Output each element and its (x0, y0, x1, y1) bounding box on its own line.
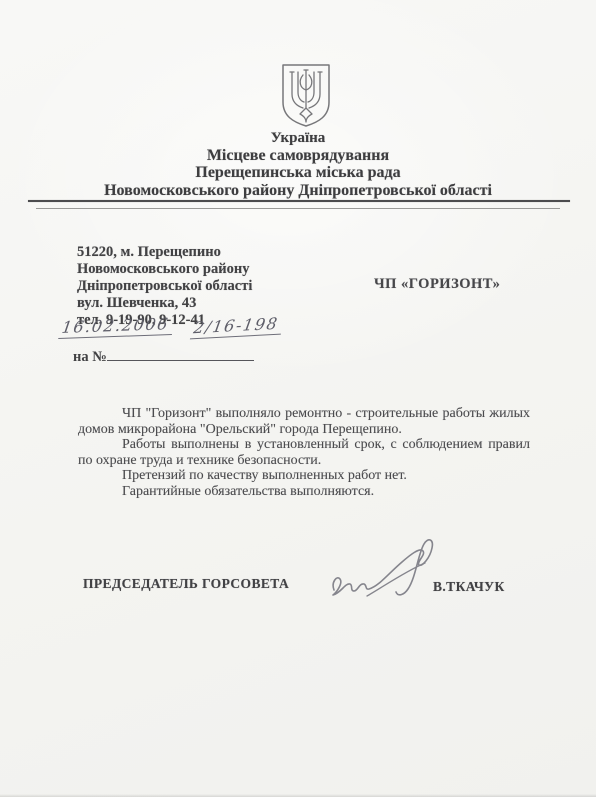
body-paragraph: Работы выполнены в установленный срок, с… (78, 437, 530, 468)
signer-title: ПРЕДСЕДАТЕЛЬ ГОРСОВЕТА (83, 576, 289, 592)
reference-number-label: на № (73, 349, 107, 365)
handwritten-date: 16.02.2006 (58, 314, 174, 339)
sender-address-city: 51220, м. Перещепино (77, 244, 252, 261)
reference-number-blank-line (107, 346, 254, 361)
body-paragraph: Претензий по качеству выполненных работ … (78, 468, 530, 484)
letterhead-divider-rule-thin (36, 208, 560, 209)
scanned-letter-page: Україна Місцеве самоврядування Перещепин… (0, 0, 596, 797)
handwritten-signature (328, 536, 456, 608)
recipient-name: ЧП «ГОРИЗОНТ» (374, 276, 500, 293)
letterhead-country: Україна (0, 130, 596, 147)
handwritten-date-number-row: 16.02.2006 2/16-198 (60, 316, 282, 340)
reference-number-row: на № (73, 346, 254, 366)
handwritten-outgoing-number: 2/16-198 (190, 314, 284, 340)
letterhead-divider-rule (28, 200, 570, 202)
sender-address-district: Новомосковського району (77, 261, 252, 278)
letterhead-line-district: Новомосковського району Дніпропетровсько… (0, 182, 596, 200)
letter-body: ЧП "Горизонт" выполняло ремонтно - строи… (78, 406, 530, 500)
sender-address-street: вул. Шевченка, 43 (77, 295, 252, 312)
body-paragraph: Гарантийные обязательства выполняются. (78, 484, 530, 500)
signer-name: В.ТКАЧУК (433, 579, 505, 595)
ukraine-trident-emblem-icon (279, 62, 333, 129)
letterhead-line-self-government: Місцеве самоврядування (0, 147, 596, 165)
letterhead-line-city-council: Перещепинська міська рада (0, 164, 596, 182)
sender-address-region: Дніпропетровської області (77, 278, 252, 295)
body-paragraph: ЧП "Горизонт" выполняло ремонтно - строи… (78, 406, 530, 437)
